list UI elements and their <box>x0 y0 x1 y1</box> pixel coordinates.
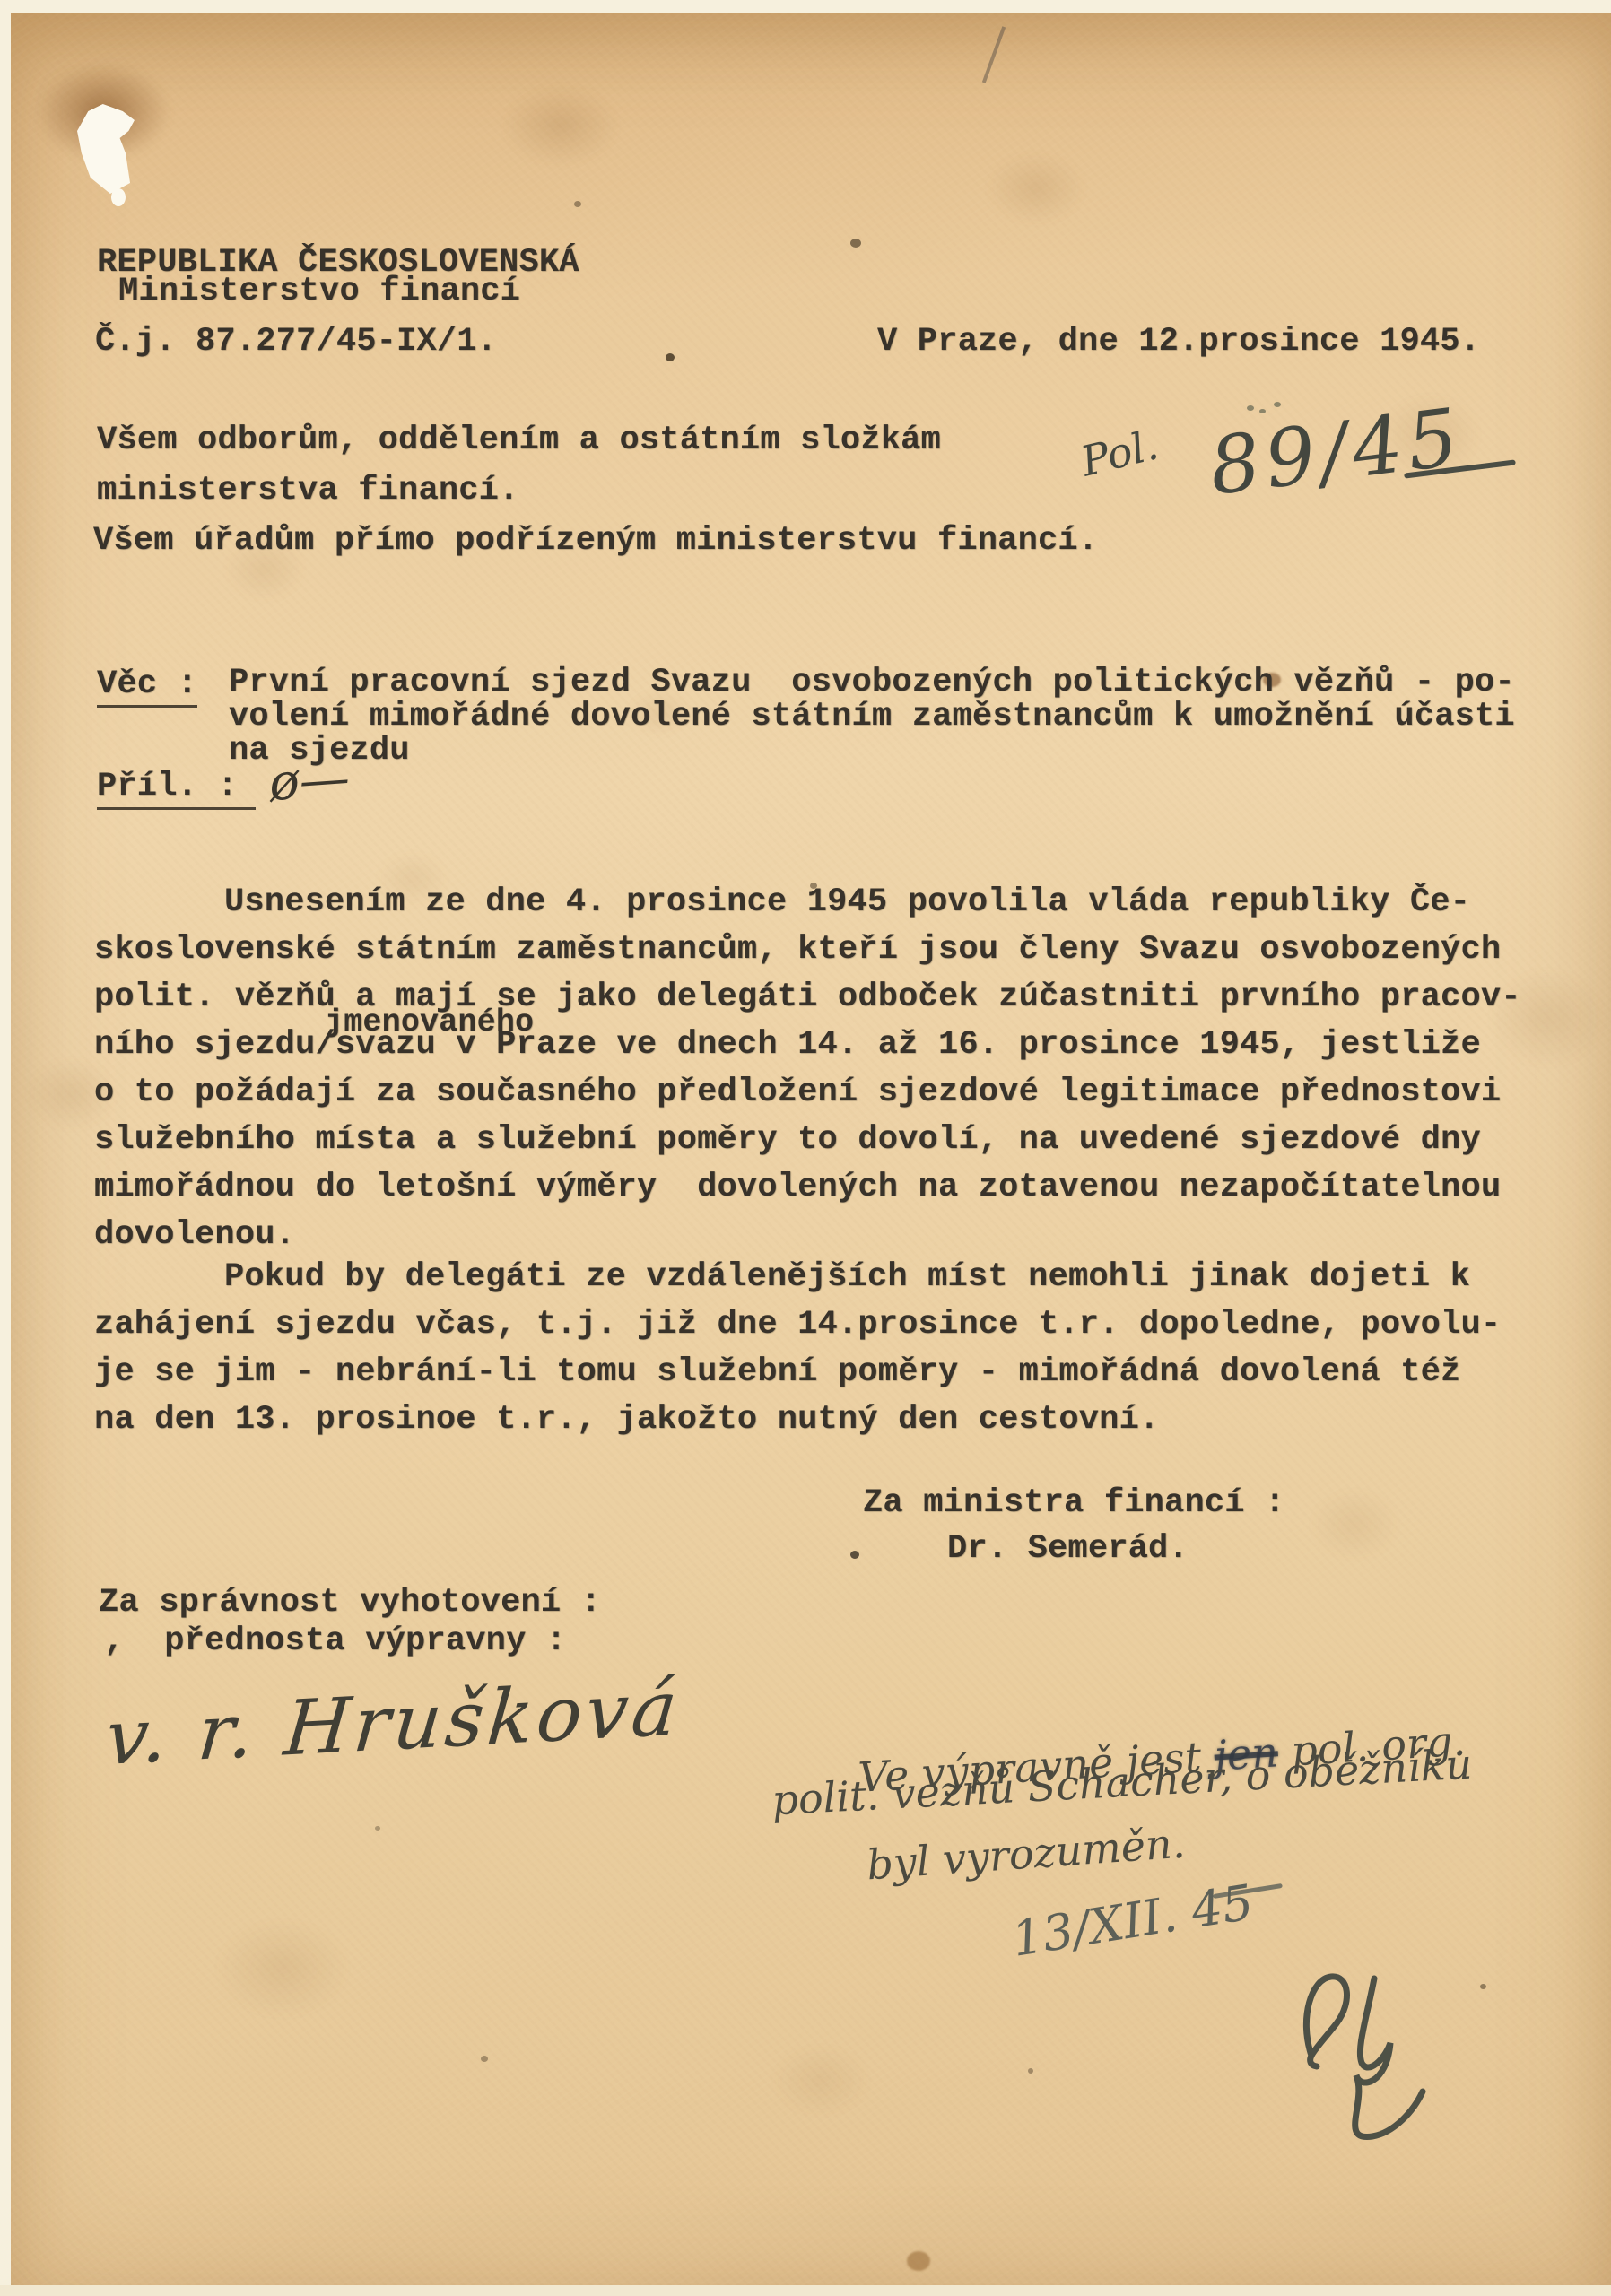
subject-label: Věc : <box>97 665 197 703</box>
body-paragraph-2: Pokud by delegáti ze vzdálenějších míst … <box>94 1254 1583 1444</box>
ink-speck <box>1480 1984 1486 1989</box>
ink-speck <box>1028 2068 1033 2074</box>
body-line: o to požádají za současného předložení s… <box>94 1069 1583 1117</box>
paper-tear-drop <box>111 188 126 206</box>
pencil-mark <box>1259 409 1266 413</box>
typed-insertion: jmenovaného <box>325 1004 534 1040</box>
body-line: polit. vězňů a mají se jako delegáti odb… <box>94 974 1583 1022</box>
body-line: skoslovenské státním zaměstnancům, kteří… <box>94 926 1583 974</box>
recipient-line-1: Všem odborům, oddělením a ostátním složk… <box>97 422 941 459</box>
paper-stain <box>987 152 1085 224</box>
letterhead-ministry: Ministerstvo financí <box>118 273 520 310</box>
dateline: V Praze, dne 12.prosince 1945. <box>877 323 1480 361</box>
recipient-line-3: Všem úřadům přímo podřízeným ministerstv… <box>93 522 1098 560</box>
paper-stain <box>1310 1489 1399 1561</box>
body-line: dovolenou. <box>94 1212 1583 1259</box>
signoff-name: Dr. Semerád. <box>947 1530 1189 1568</box>
body-line: mimořádnou do letošní výměry dovolených … <box>94 1164 1583 1212</box>
recipient-line-2: ministerstva financí. <box>97 472 518 509</box>
scan-edge-left <box>0 0 11 2296</box>
subject-line: První pracovní sjezd Svazu osvobozených … <box>229 665 1556 700</box>
ink-speck <box>850 239 861 248</box>
ink-speck <box>481 2056 488 2062</box>
paper-stain <box>502 85 619 166</box>
scan-edge-bottom <box>0 2285 1611 2296</box>
ink-speck <box>375 1826 380 1831</box>
enclosure-value: ø— <box>267 749 352 813</box>
enclosure-label: Příl. : <box>97 768 256 805</box>
paper-stain <box>215 1919 350 2018</box>
scanned-letter-page: REPUBLIKA ČESKOSLOVENSKÁ Ministerstvo fi… <box>0 0 1611 2296</box>
subject-line: volení mimořádné dovolené státním zaměst… <box>229 700 1556 734</box>
subject-label-text: Věc : <box>97 665 197 708</box>
pencil-mark <box>1274 402 1281 407</box>
enclosure-label-text: Příl. : <box>97 768 256 810</box>
body-line: služebního místa a služební poměry to do… <box>94 1117 1583 1164</box>
reference-number: Č.j. 87.277/45-IX/1. <box>95 323 497 361</box>
ink-speck <box>850 1551 859 1559</box>
scan-edge-top <box>0 0 1611 13</box>
subject-line: na sjezdu <box>229 734 1556 768</box>
ink-speck <box>666 353 675 361</box>
paper-stain <box>907 2251 930 2271</box>
pencil-mark <box>1247 405 1254 411</box>
paraph-signature <box>1281 1966 1442 2181</box>
certification-line-2: , přednosta výpravny : <box>104 1622 566 1660</box>
body-line: je se jim - nebrání-li tomu služební pom… <box>94 1349 1583 1396</box>
paper-stain <box>771 2045 870 2117</box>
body-paragraph-1: Usnesením ze dne 4. prosince 1945 povoli… <box>94 879 1583 1259</box>
body-line: Usnesením ze dne 4. prosince 1945 povoli… <box>94 879 1583 926</box>
body-line: Pokud by delegáti ze vzdálenějších míst … <box>94 1254 1583 1301</box>
signoff-for-minister: Za ministra financí : <box>863 1484 1284 1522</box>
body-line: ního sjezdu/svazu v Praze ve dnech 14. a… <box>94 1022 1583 1069</box>
certification-line-1: Za správnost vyhotovení : <box>99 1584 601 1622</box>
body-line: zahájení sjezdu včas, t.j. již dne 14.pr… <box>94 1301 1583 1349</box>
ink-speck <box>574 201 581 207</box>
subject-block: První pracovní sjezd Svazu osvobozených … <box>229 665 1556 768</box>
body-line: na den 13. prosinoe t.r., jakožto nutný … <box>94 1396 1583 1444</box>
